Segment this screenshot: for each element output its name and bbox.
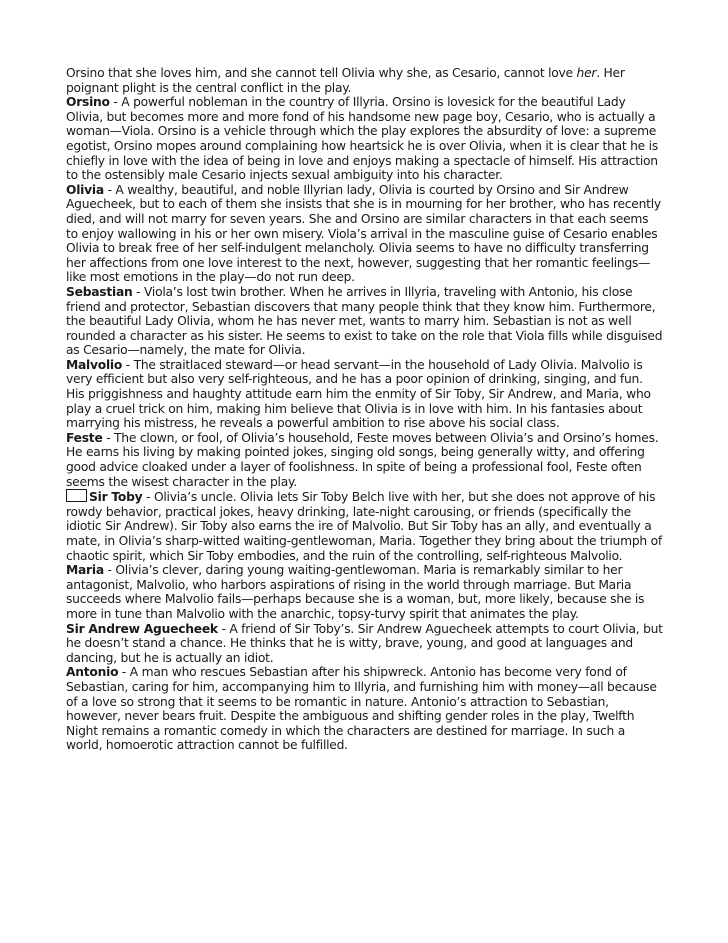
- character-name: Malvolio: [66, 358, 122, 372]
- paragraph: Malvolio - The straitlaced steward—or he…: [66, 358, 663, 431]
- placeholder-box-icon: [66, 489, 87, 502]
- text-run: - The clown, or fool, of Olivia’s househ…: [66, 431, 658, 489]
- document-body: Orsino that she loves him, and she canno…: [66, 66, 663, 753]
- text-run: - A wealthy, beautiful, and noble Illyri…: [66, 183, 661, 285]
- text-run: - Viola’s lost twin brother. When he arr…: [66, 285, 662, 357]
- character-name: Maria: [66, 563, 104, 577]
- character-name: Feste: [66, 431, 103, 445]
- text-run: - Olivia’s uncle. Olivia lets Sir Toby B…: [66, 490, 662, 562]
- paragraph: Sir Toby - Olivia’s uncle. Olivia lets S…: [66, 489, 663, 563]
- character-name: Sebastian: [66, 285, 133, 299]
- paragraph: Antonio - A man who rescues Sebastian af…: [66, 665, 663, 753]
- character-name: Olivia: [66, 183, 104, 197]
- text-run: - Olivia’s clever, daring young waiting-…: [66, 563, 644, 621]
- character-name: Sir Toby: [89, 490, 142, 504]
- text-run: - A man who rescues Sebastian after his …: [66, 665, 657, 752]
- character-name: Orsino: [66, 95, 110, 109]
- paragraph: Feste - The clown, or fool, of Olivia’s …: [66, 431, 663, 489]
- paragraph: Olivia - A wealthy, beautiful, and noble…: [66, 183, 663, 285]
- paragraph: Sebastian - Viola’s lost twin brother. W…: [66, 285, 663, 358]
- paragraph: Orsino - A powerful nobleman in the coun…: [66, 95, 663, 183]
- paragraph: Maria - Olivia’s clever, daring young wa…: [66, 563, 663, 621]
- text-run: - The straitlaced steward—or head servan…: [66, 358, 651, 430]
- paragraph: Orsino that she loves him, and she canno…: [66, 66, 663, 95]
- character-name: Antonio: [66, 665, 118, 679]
- text-run: - A powerful nobleman in the country of …: [66, 95, 658, 182]
- text-run: her: [577, 66, 597, 80]
- paragraph: Sir Andrew Aguecheek - A friend of Sir T…: [66, 622, 663, 666]
- character-name: Sir Andrew Aguecheek: [66, 622, 218, 636]
- document-page: Orsino that she loves him, and she canno…: [0, 0, 728, 943]
- text-run: Orsino that she loves him, and she canno…: [66, 66, 577, 80]
